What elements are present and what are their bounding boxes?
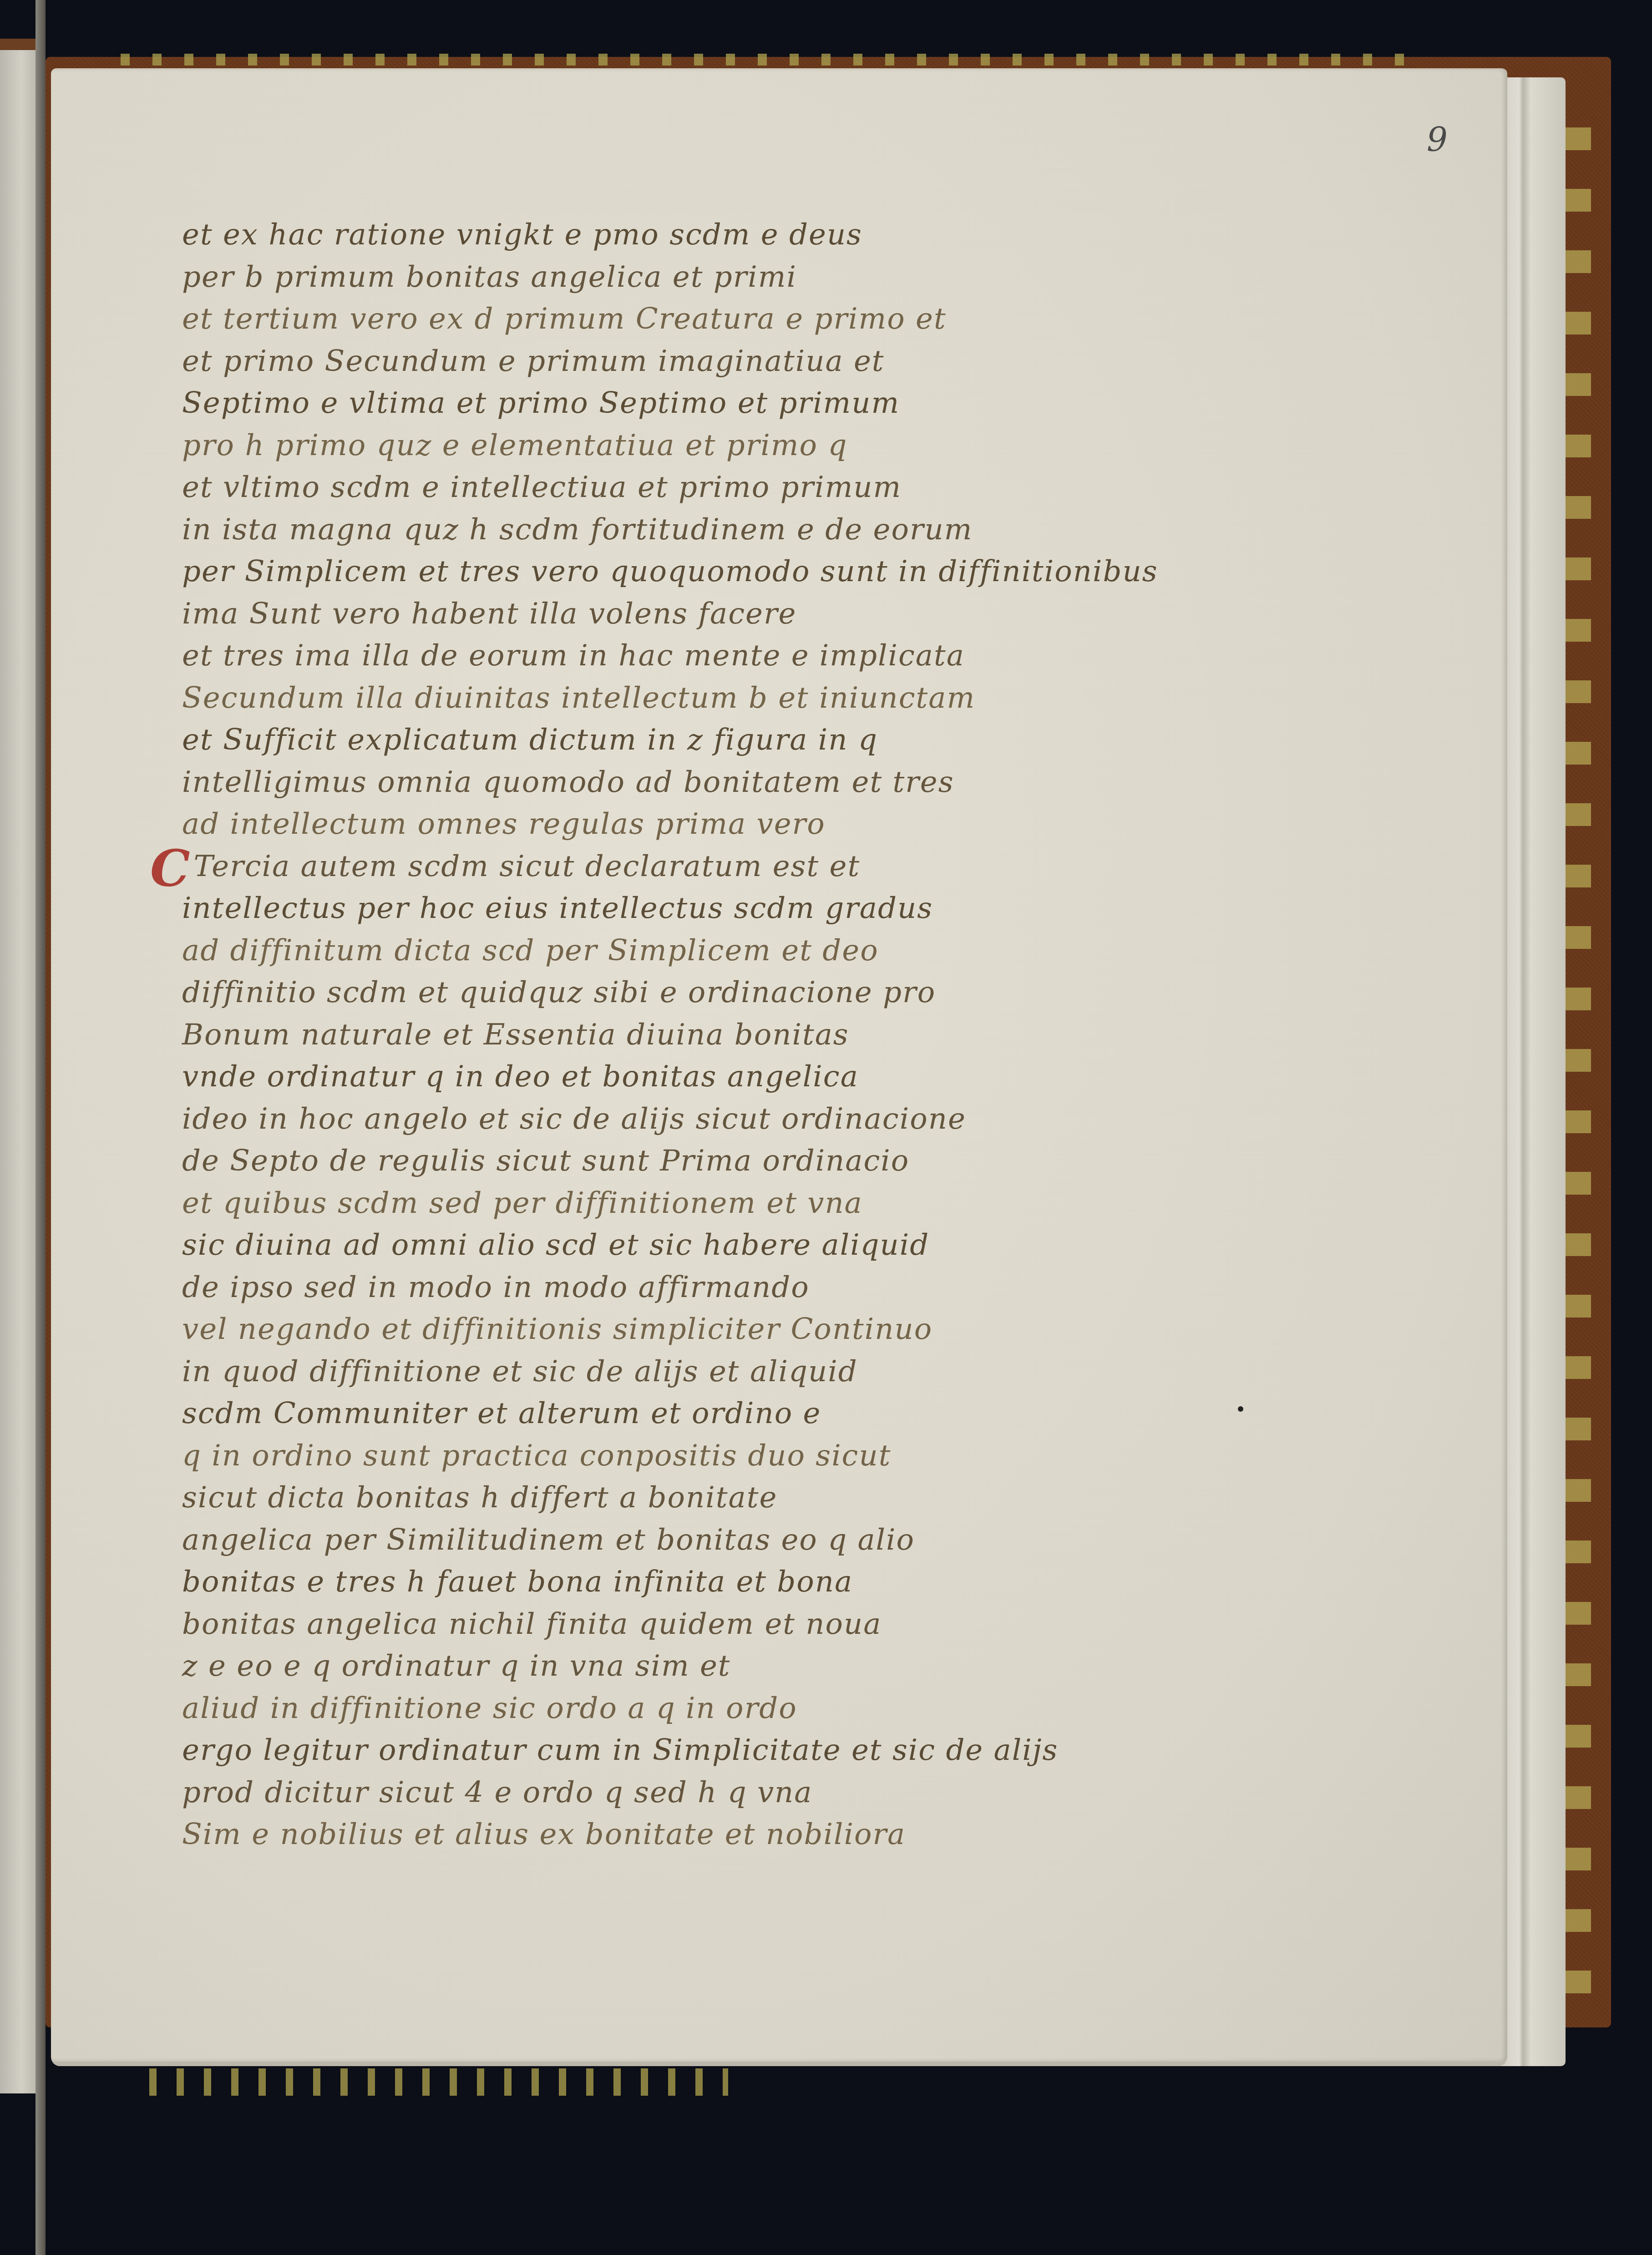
text-line: vnde ordinatur q in deo et bonitas angel… — [182, 1056, 1229, 1098]
text-line: ideo in hoc angelo et sic de alijs sicut… — [182, 1098, 1229, 1140]
gilt-tooling-right — [1566, 100, 1591, 2030]
text-line: sic diuina ad omni alio scd et sic haber… — [182, 1224, 1229, 1267]
text-line: angelica per Similitudinem et bonitas eo… — [182, 1519, 1229, 1561]
text-line: et tertium vero ex d primum Creatura e p… — [182, 298, 1229, 340]
text-line: Secundum illa diuinitas intellectum b et… — [182, 677, 1229, 720]
text-line: Bonum naturale et Essentia diuina bonita… — [182, 1014, 1229, 1056]
text-line: prod dicitur sicut 4 e ordo q sed h q vn… — [182, 1772, 1229, 1814]
facing-page-sliver — [0, 50, 37, 2093]
text-line: ad diffinitum dicta scd per Simplicem et… — [182, 930, 1229, 972]
text-line: in ista magna quz h scdm fortitudinem e … — [182, 509, 1229, 551]
text-line: Sim e nobilius et alius ex bonitate et n… — [182, 1814, 1229, 1856]
manuscript-scan: 9 et ex hac ratione vnigkt e pmo scdm e … — [0, 0, 1652, 2255]
gilt-tooling-bottom — [137, 2068, 728, 2096]
text-line: per Simplicem et tres vero quoquomodo su… — [182, 551, 1229, 593]
text-line: ergo legitur ordinatur cum in Simplicita… — [182, 1729, 1229, 1772]
text-line: bonitas angelica nichil finita quidem et… — [182, 1603, 1229, 1646]
text-line: pro h primo quz e elementatiua et primo … — [182, 425, 1229, 467]
text-line: et ex hac ratione vnigkt e pmo scdm e de… — [182, 214, 1229, 256]
gutter — [35, 0, 46, 2255]
gilt-tooling-top — [105, 54, 1424, 66]
text-block: et ex hac ratione vnigkt e pmo scdm e de… — [182, 214, 1229, 1856]
text-line: diffinitio scdm et quidquz sibi e ordina… — [182, 972, 1229, 1014]
folio-number: 9 — [1427, 121, 1448, 159]
text-line: aliud in diffinitione sic ordo a q in or… — [182, 1687, 1229, 1730]
text-line: Tercia autem scdm sicut declaratum est e… — [194, 850, 861, 883]
text-line: et tres ima illa de eorum in hac mente e… — [182, 635, 1229, 677]
text-line: intelligimus omnia quomodo ad bonitatem … — [182, 761, 1229, 804]
text-line: Septimo e vltima et primo Septimo et pri… — [182, 382, 1229, 425]
text-line: de ipso sed in modo in modo affirmando — [182, 1267, 1229, 1309]
text-line: intellectus per hoc eius intellectus scd… — [182, 887, 1229, 930]
text-line: z e eo e q ordinatur q in vna sim et — [182, 1645, 1229, 1687]
text-line: sicut dicta bonitas h differt a bonitate — [182, 1477, 1229, 1519]
text-line: per b primum bonitas angelica et primi — [182, 256, 1229, 299]
text-line: bonitas e tres h fauet bona infinita et … — [182, 1561, 1229, 1603]
text-line: ima Sunt vero habent illa volens facere — [182, 593, 1229, 635]
text-line: scdm Communiter et alterum et ordino e — [182, 1393, 1229, 1435]
ink-speck — [1238, 1406, 1243, 1412]
text-line: et primo Secundum e primum imaginatiua e… — [182, 340, 1229, 383]
rubricated-line: CTercia autem scdm sicut declaratum est … — [182, 846, 1229, 888]
text-line: et vltimo scdm e intellectiua et primo p… — [182, 466, 1229, 509]
red-paragraph-mark: C — [150, 850, 191, 887]
text-line: ad intellectum omnes regulas prima vero — [182, 803, 1229, 846]
text-line: q in ordino sunt practica conpositis duo… — [182, 1435, 1229, 1477]
text-line: in quod diffinitione et sic de alijs et … — [182, 1351, 1229, 1393]
text-line: de Septo de regulis sicut sunt Prima ord… — [182, 1140, 1229, 1182]
text-line: et Sufficit explicatum dictum in z figur… — [182, 719, 1229, 761]
text-line: et quibus scdm sed per diffinitionem et … — [182, 1182, 1229, 1225]
text-line: vel negando et diffinitionis simpliciter… — [182, 1308, 1229, 1351]
